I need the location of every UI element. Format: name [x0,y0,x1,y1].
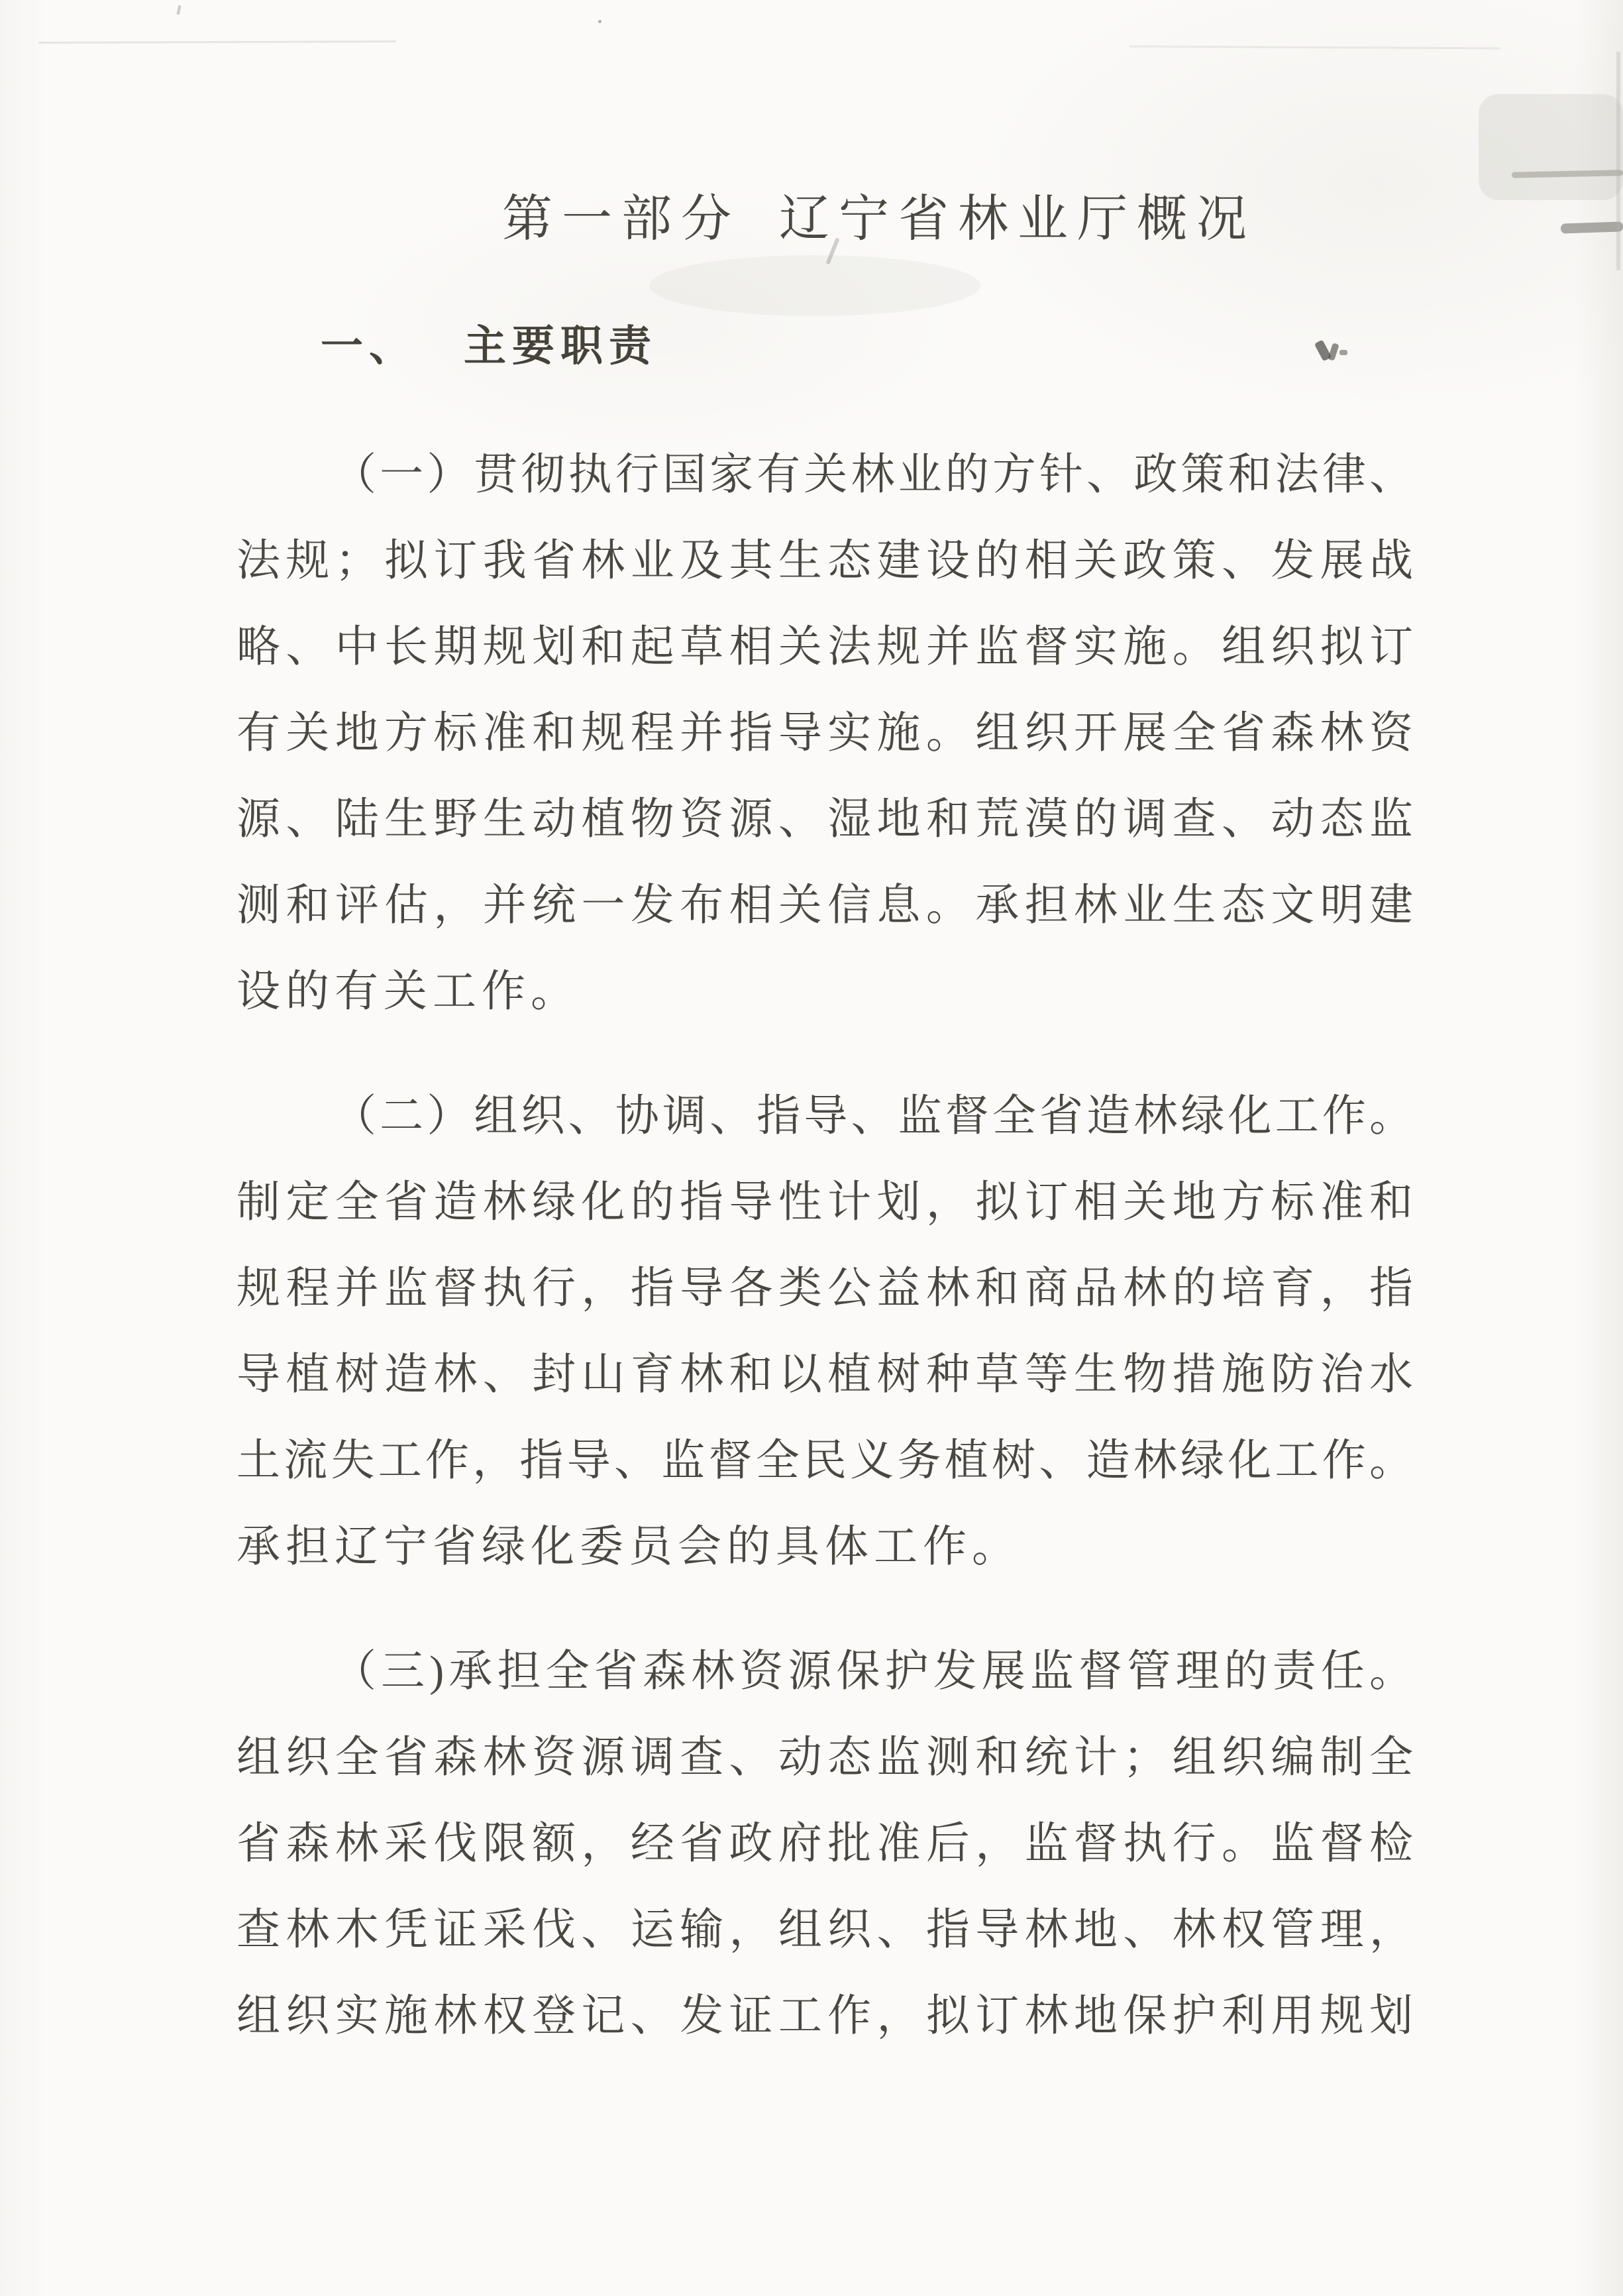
body-line: 设的有关工作。 [236,949,1414,1035]
scan-ink-mark [1314,339,1332,361]
body-line: 省森林采伐限额，经省政府批准后，监督执行。监督检 [236,1801,1414,1887]
paragraph-1: （一）贯彻执行国家有关林业的方针、政策和法律、 法规；拟订我省林业及其生态建设的… [236,432,1414,1035]
body-line: 导植树造林、封山育林和以植树种草等生物措施防治水 [236,1332,1414,1418]
body-line: （二）组织、协调、指导、监督全省造林绿化工作。 [236,1073,1414,1160]
body-line: 查林木凭证采伐、运输，组织、指导林地、林权管理， [236,1887,1414,1973]
paragraph-3: （三)承担全省森林资源保护发展监督管理的责任。 组织全省森林资源调查、动态监测和… [236,1629,1414,2059]
section-heading: 一、主要职责 [321,323,657,370]
body-line: 组织全省森林资源调查、动态监测和统计；组织编制全 [236,1715,1414,1801]
scan-ink-mark [1339,350,1347,355]
body-line: （一）贯彻执行国家有关林业的方针、政策和法律、 [236,432,1414,518]
scan-dash [1561,221,1623,233]
scan-scratch [1129,46,1500,50]
body-line: 规程并监督执行，指导各类公益林和商品林的培育，指 [236,1246,1414,1332]
body-line: 组织实施林权登记、发证工作，拟订林地保护利用规划 [236,1973,1414,2059]
scan-streak [1512,170,1623,178]
document-title: 第一部分辽宁省林业厅概况 [502,191,1256,248]
scan-smudge [649,255,980,316]
body-line: 源、陆生野生动植物资源、湿地和荒漠的调查、动态监 [236,777,1414,863]
scan-smudge [1479,94,1623,200]
paragraph-2: （二）组织、协调、指导、监督全省造林绿化工作。 制定全省造林绿化的指导性计划，拟… [236,1073,1414,1590]
body-line: 测和评估，并统一发布相关信息。承担林业生态文明建 [236,863,1414,949]
document-title-part2: 辽宁省林业厅概况 [779,191,1256,247]
body-line: 略、中长期规划和起草相关法规并监督实施。组织拟订 [236,604,1414,690]
scanned-page: 第一部分辽宁省林业厅概况 一、主要职责 （一）贯彻执行国家有关林业的方针、政策和… [0,0,1623,2296]
scan-speck [177,5,182,15]
scan-scratch [38,40,396,44]
document-title-part1: 第一部分 [502,191,741,247]
body-line: 制定全省造林绿化的指导性计划，拟订相关地方标准和 [236,1160,1414,1246]
scan-edge-line [1616,52,1620,270]
body-line: 土流失工作，指导、监督全民义务植树、造林绿化工作。 [236,1418,1414,1504]
section-heading-text: 主要职责 [464,323,657,370]
scan-ink-mark [1328,343,1339,361]
body-line: 有关地方标准和规程并指导实施。组织开展全省森林资 [236,690,1414,777]
body-line: （三)承担全省森林资源保护发展监督管理的责任。 [236,1629,1414,1715]
body-line: 承担辽宁省绿化委员会的具体工作。 [236,1504,1414,1590]
section-heading-numeral: 一、 [321,323,417,370]
body-line: 法规；拟订我省林业及其生态建设的相关政策、发展战 [236,518,1414,604]
scan-speck [598,20,602,23]
